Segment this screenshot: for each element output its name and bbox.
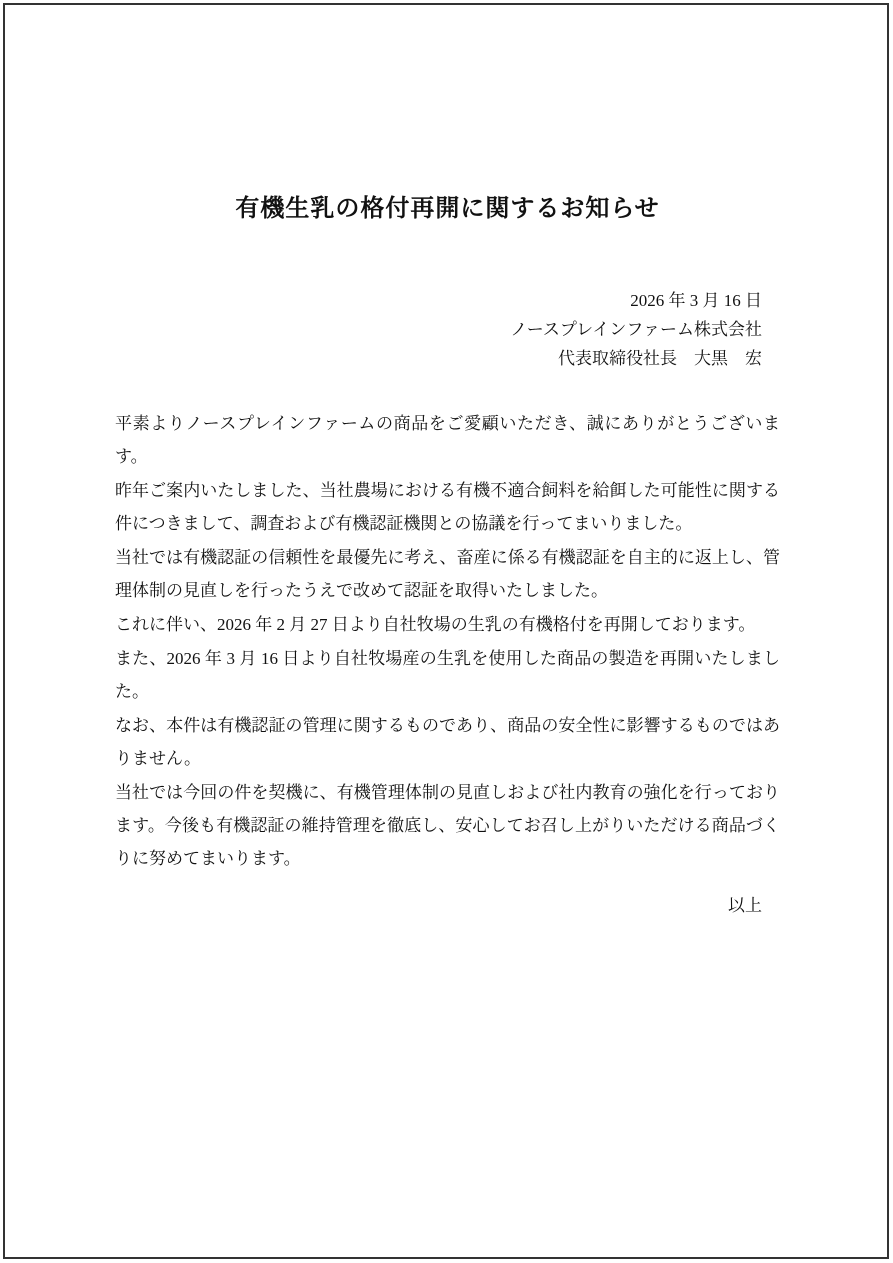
- sender-block: 2026 年 3 月 16 日 ノースプレインファーム株式会社 代表取締役社長 …: [115, 286, 780, 373]
- document-body: 平素よりノースプレインファームの商品をご愛顧いただき、誠にありがとうございます。…: [115, 407, 780, 875]
- document-page-border: 有機生乳の格付再開に関するお知らせ 2026 年 3 月 16 日 ノースプレイ…: [3, 3, 889, 1259]
- body-paragraph: また、2026 年 3 月 16 日より自社牧場産の生乳を使用した商品の製造を再…: [115, 642, 780, 708]
- document-title: 有機生乳の格付再開に関するお知らせ: [115, 193, 780, 225]
- body-paragraph: 当社では有機認証の信頼性を最優先に考え、畜産に係る有機認証を自主的に返上し、管理…: [115, 541, 780, 607]
- body-paragraph: 当社では今回の件を契機に、有機管理体制の見直しおよび社内教育の強化を行っておりま…: [115, 776, 780, 875]
- body-paragraph: 平素よりノースプレインファームの商品をご愛顧いただき、誠にありがとうございます。: [115, 407, 780, 473]
- document-date: 2026 年 3 月 16 日: [115, 286, 762, 315]
- body-paragraph: なお、本件は有機認証の管理に関するものであり、商品の安全性に影響するものではあり…: [115, 709, 780, 775]
- sender-company-name: ノースプレインファーム株式会社: [115, 315, 762, 344]
- document-page-background: { "document": { "title": "有機生乳の格付再開に関するお…: [0, 0, 893, 1263]
- body-paragraph: これに伴い、2026 年 2 月 27 日より自社牧場の生乳の有機格付を再開して…: [115, 608, 780, 641]
- sender-signer-name: 代表取締役社長 大黒 宏: [115, 344, 762, 373]
- body-paragraph: 昨年ご案内いたしました、当社農場における有機不適合飼料を給餌した可能性に関する件…: [115, 474, 780, 540]
- closing-ijou: 以上: [115, 889, 780, 922]
- document-content: 有機生乳の格付再開に関するお知らせ 2026 年 3 月 16 日 ノースプレイ…: [5, 5, 887, 922]
